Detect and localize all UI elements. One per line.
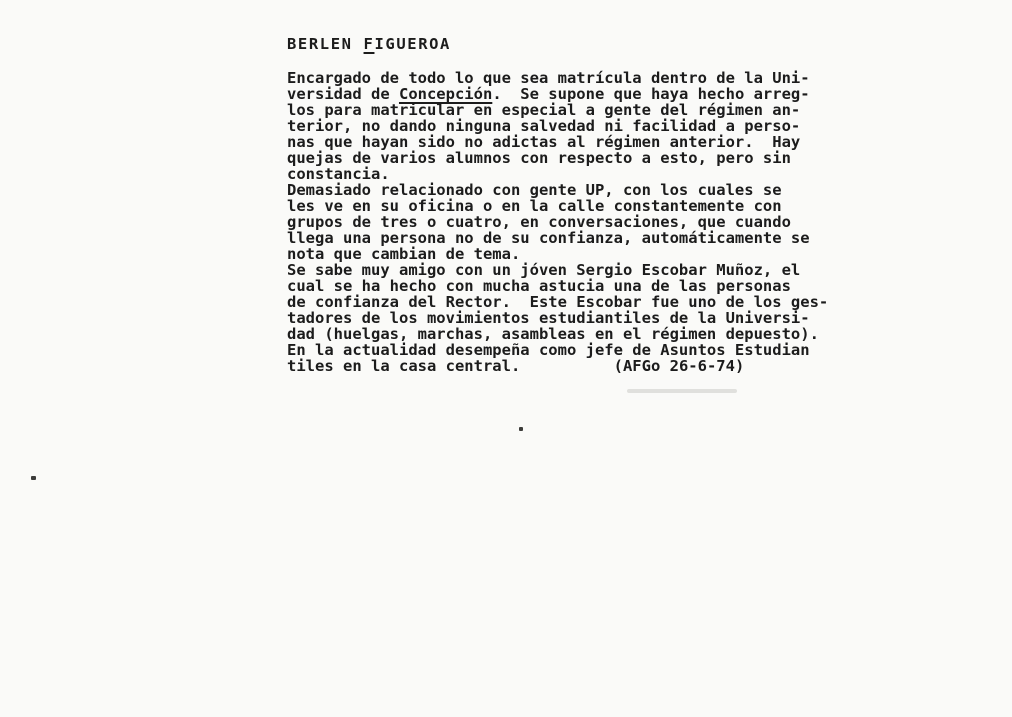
text-line: dad (huelgas, marchas, asambleas en el r… [287,326,828,342]
text-line: nas que hayan sido no adictas al régimen… [287,134,828,150]
document-text-block: BERLEN FIGUEROA Encargado de todo lo que… [287,36,828,374]
text-line: llega una persona no de su confianza, au… [287,230,828,246]
text-line: Demasiado relacionado con gente UP, con … [287,182,828,198]
text-segment: tiles en la casa central. [287,357,614,375]
text-line: grupos de tres o cuatro, en conversacion… [287,214,828,230]
scan-speck [31,476,36,480]
title-underlined-letter: F [364,35,375,53]
text-line: cual se ha hecho con mucha astucia una d… [287,278,828,294]
text-line: versidad de Concepción. Se supone que ha… [287,86,828,102]
text-line: terior, no dando ninguna salvedad ni fac… [287,118,828,134]
title-prefix: BERLEN [287,35,364,53]
scan-speck [519,427,523,431]
document-title: BERLEN FIGUEROA [287,36,828,52]
text-line: les ve en su oficina o en la calle const… [287,198,828,214]
text-line: Encargado de todo lo que sea matrícula d… [287,70,828,86]
text-line: Se sabe muy amigo con un jóven Sergio Es… [287,262,828,278]
text-line: tiles en la casa central. (AFGo 26-6-74) [287,358,828,374]
reference-code: (AFGo 26-6-74) [614,357,745,375]
text-line: constancia. [287,166,828,182]
text-line: los para matricular en especial a gente … [287,102,828,118]
title-suffix: IGUEROA [374,35,451,53]
document-body: Encargado de todo lo que sea matrícula d… [287,70,828,374]
text-line: tadores de los movimientos estudiantiles… [287,310,828,326]
scanned-document-page: BERLEN FIGUEROA Encargado de todo lo que… [0,0,1012,717]
text-line: En la actualidad desempeña como jefe de … [287,342,828,358]
text-line: quejas de varios alumnos con respecto a … [287,150,828,166]
scan-smudge [627,389,737,393]
text-line: de confianza del Rector. Este Escobar fu… [287,294,828,310]
text-line: nota que cambian de tema. [287,246,828,262]
